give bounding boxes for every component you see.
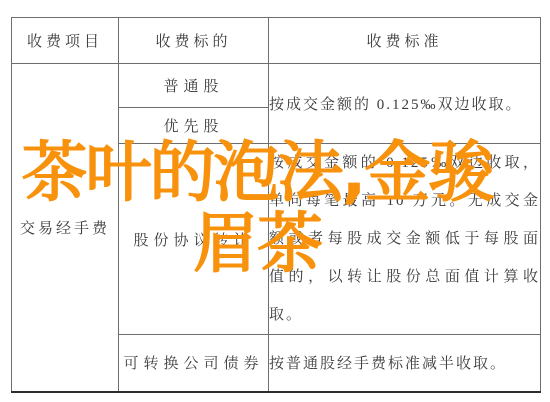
fee-item-cell: 交易经手费 bbox=[12, 64, 119, 392]
target-convertible-bond: 可转换公司债券 bbox=[119, 335, 269, 392]
target-common-stock: 普通股 bbox=[119, 64, 269, 108]
standard-line: 取。 bbox=[269, 296, 540, 334]
standard-agreement-transfer: 按成交金额的 0.125‰双边收取， 单向每笔最高 10 万元。无成交金 额或者… bbox=[269, 144, 541, 335]
standard-line: 单向每笔最高 10 万元。无成交金 bbox=[269, 182, 540, 220]
standard-common-preferred: 按成交金额的 0.125‰双边收取。 bbox=[269, 64, 541, 144]
table-row-common-stock: 交易经手费 普通股 按成交金额的 0.125‰双边收取。 bbox=[12, 64, 541, 108]
target-preferred-stock: 优先股 bbox=[119, 108, 269, 144]
page: 收费项目 收费标的 收费标准 交易经手费 普通股 按成交金额的 0.125‰双边… bbox=[0, 0, 550, 402]
table-header-row: 收费项目 收费标的 收费标准 bbox=[12, 18, 541, 64]
standard-line: 值的，以转让股份总面值计算收 bbox=[269, 258, 540, 296]
header-fee-target: 收费标的 bbox=[119, 18, 269, 64]
standard-line: 按成交金额的 0.125‰双边收取， bbox=[269, 144, 540, 182]
target-agreement-transfer: 股份协议转让 bbox=[119, 144, 269, 335]
standard-line: 额或者每股成交金额低于每股面 bbox=[269, 220, 540, 258]
fee-schedule-table: 收费项目 收费标的 收费标准 交易经手费 普通股 按成交金额的 0.125‰双边… bbox=[11, 17, 541, 393]
header-fee-standard: 收费标准 bbox=[269, 18, 541, 64]
standard-convertible-bond: 按普通股经手费标准减半收取。 bbox=[269, 335, 541, 392]
header-fee-item: 收费项目 bbox=[12, 18, 119, 64]
